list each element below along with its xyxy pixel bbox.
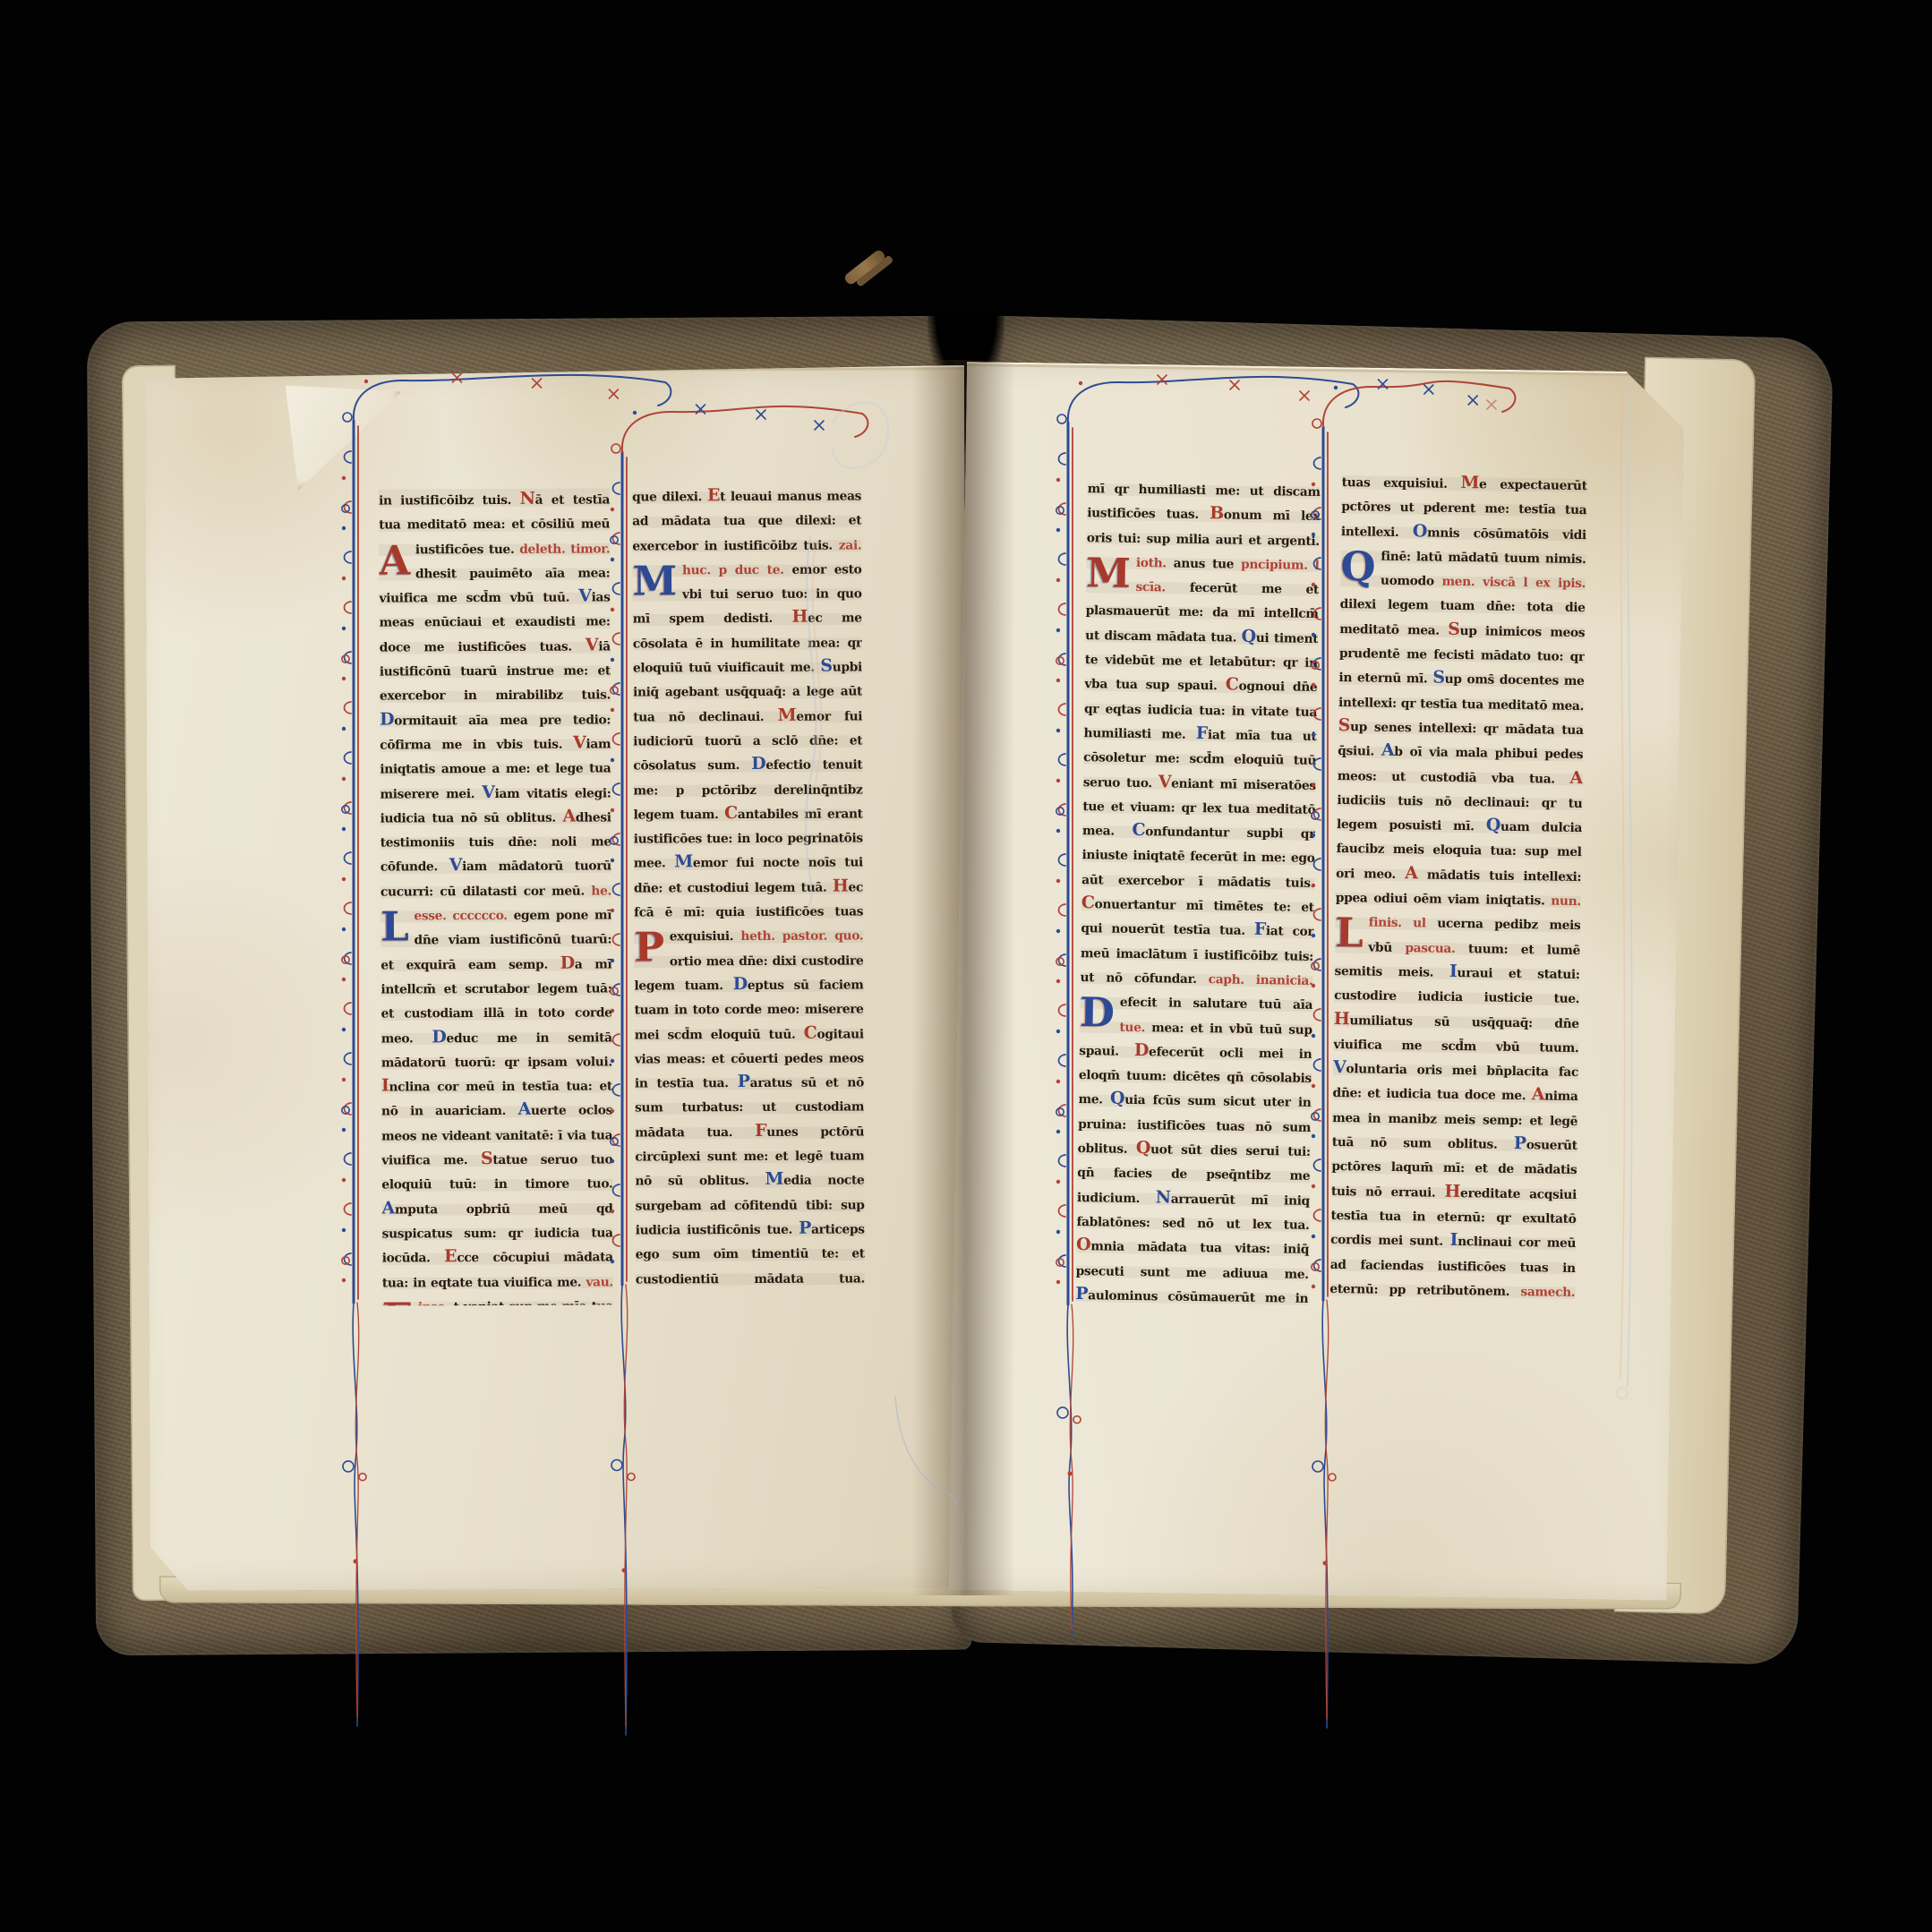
pen-flourish [613,1034,620,1046]
pen-flourish-curl [1056,729,1060,732]
pen-flourish [622,406,868,452]
pen-flourish-curl [1056,578,1060,582]
pen-flourish [613,733,620,745]
pen-flourish-curl [342,577,346,580]
pen-flourish [1314,558,1321,569]
pen-flourish [1314,1059,1321,1071]
pen-flourish [1059,1055,1066,1066]
pen-flourish-curl [1068,1472,1073,1476]
pen-flourish-curl [342,1128,346,1132]
pen-flourish [1059,553,1066,565]
pen-flourish-curl [1312,633,1315,637]
pen-flourish-curl [611,1210,614,1213]
pen-flourish [1059,754,1066,765]
pen-flourish-curl [611,859,614,862]
pen-flourish-curl [1056,528,1060,532]
pen-flourish-curl [342,476,346,480]
photograph-background: in iustificōibz tuis. Nā et testīa tua m… [0,0,1932,1932]
pen-flourish-curl [611,658,614,662]
pen-flourish [1059,1155,1066,1167]
pen-flourish-curl [342,727,346,731]
pen-flourish-curl [1312,833,1315,837]
pen-flourish [613,583,620,594]
pen-flourish-curl [628,1474,635,1481]
pen-flourish-curl [1312,884,1315,887]
pen-flourish [345,702,352,714]
pen-flourish [1068,377,1359,423]
pen-flourish [345,1203,352,1215]
pen-flourish [1059,603,1066,615]
pen-flourish-curl [1312,1084,1315,1088]
pen-flourish-curl [1312,583,1315,586]
pen-flourish-curl [1056,679,1060,682]
pen-flourish-curl [342,526,346,530]
pen-flourish-curl [611,909,614,912]
pen-flourish-curl [343,413,352,422]
pen-flourish-curl [359,1474,366,1481]
pen-flourish-curl [1312,984,1315,987]
pen-flourish [1314,1210,1321,1221]
pen-flourish [1620,394,1625,1379]
pen-flourish [1059,704,1066,715]
pen-flourish-curl [342,1178,346,1182]
pen-flourish [613,483,620,494]
pen-flourish [345,1003,352,1014]
pen-flourish-curl [1056,829,1060,833]
pen-flourish [1314,859,1321,870]
pen-flourish-curl [1329,1474,1336,1481]
pen-flourish-curl [342,978,346,981]
pen-flourish-curl [1334,386,1338,389]
pen-flourish-curl [342,627,346,630]
pen-flourish-curl [1056,1280,1060,1284]
pen-flourish-curl [622,1569,627,1573]
pen-flourish-curl [1056,1180,1060,1184]
pen-flourish-curl [611,1460,622,1471]
pen-flourish-curl [1312,934,1315,937]
pen-flourish-curl [611,1260,614,1263]
pen-flourish-curl [342,1028,346,1031]
pen-flourish-curl [1056,478,1060,482]
pen-flourish [1314,608,1321,620]
pen-flourish [613,884,620,895]
pen-flourish [1059,453,1066,465]
pen-flourish-curl [611,1159,614,1163]
pen-flourish [895,1397,956,1507]
pen-flourish-curl [1056,929,1060,933]
pen-flourish [613,633,620,645]
pen-flourish-curl [1056,979,1060,983]
pen-flourish-curl [1056,1030,1060,1033]
pen-flourish-curl [1312,1034,1315,1038]
pen-flourish-curl [1056,779,1060,782]
pen-flourish [345,451,352,463]
pen-flourish-curl [1312,733,1315,737]
pen-flourish-curl [611,708,614,712]
pen-flourish-curl [342,777,346,781]
pen-flourish-curl [1073,1416,1081,1423]
pen-flourish-curl [611,608,614,611]
pen-flourish [345,602,352,613]
pen-flourish [345,1053,352,1064]
pen-flourish-curl [342,928,346,931]
pen-flourish-curl [611,558,614,561]
pen-flourish-curl [633,411,637,415]
pen-flourish-curl [342,1078,346,1081]
pen-flourish-curl [611,758,614,762]
pen-flourish-curl [1312,419,1321,428]
pen-flourish-curl [611,1009,614,1013]
pen-flourish [1059,1004,1066,1016]
pen-flourish-curl [1056,1080,1060,1083]
pen-flourish-curl [611,1109,614,1113]
pen-flourish-curl [1056,1230,1060,1234]
pen-flourish-curl [1056,628,1060,632]
pen-flourish [613,934,620,945]
pen-flourish [1314,758,1321,770]
pen-flourish [613,1084,620,1096]
pen-flourish-curl [611,1059,614,1063]
pen-flourish-curl [343,1461,354,1472]
pen-flourish [1059,854,1066,866]
pen-flourish-curl [342,827,346,831]
pen-flourish [613,1184,620,1196]
pen-flourish-curl [342,1228,346,1232]
pen-flourish [1314,1009,1321,1021]
pen-flourish [345,1153,352,1165]
pen-flourish [345,852,352,864]
pen-flourish [1314,909,1321,920]
pen-flourish [345,902,352,914]
pen-flourish [1628,390,1632,1386]
pen-flourish-curl [342,1278,346,1282]
pen-flourish-curl [1312,1184,1315,1188]
pen-flourish [354,375,671,421]
pen-flourish-curl [611,508,614,511]
pen-flourish-curl [1617,1388,1628,1398]
pen-flourish-curl [342,877,346,881]
pen-flourish [613,783,620,795]
pen-flourish [613,1235,620,1246]
pen-flourish-curl [1312,683,1315,687]
pen-flourish [813,543,822,782]
pen-flourish-curl [1057,415,1066,423]
pen-flourish-curl [1079,381,1082,385]
pen-flourish [1059,904,1066,916]
pen-flourish-curl [1312,533,1315,536]
pen-flourish-curl [1057,1407,1068,1418]
pen-flourish-curl [364,380,368,383]
pen-flourish-curl [1323,1561,1328,1566]
pen-flourish-curl [611,959,614,962]
pen-flourish-curl [611,808,614,812]
pen-flourish-curl [1056,879,1060,883]
pen-flourish-curl [1312,1235,1315,1238]
pen-flourish-curl [342,677,346,680]
pen-flourish-curl [1312,483,1315,486]
pen-flourish-curl [1312,1134,1315,1138]
pen-flourish [345,752,352,764]
pen-flourish [806,537,816,906]
pen-flourish-decoration-layer [0,0,1932,1932]
pen-flourish [1314,1159,1321,1171]
pen-flourish-curl [1312,1285,1315,1288]
pen-flourish [345,551,352,563]
pen-flourish [1059,1205,1066,1217]
pen-flourish-curl [1056,1130,1060,1133]
pen-flourish [1314,457,1321,469]
pen-flourish-curl [1312,783,1315,787]
pen-flourish-curl [1312,1461,1323,1472]
pen-flourish-curl [611,444,620,453]
pen-flourish [1314,708,1321,720]
pen-flourish-curl [354,1560,358,1564]
